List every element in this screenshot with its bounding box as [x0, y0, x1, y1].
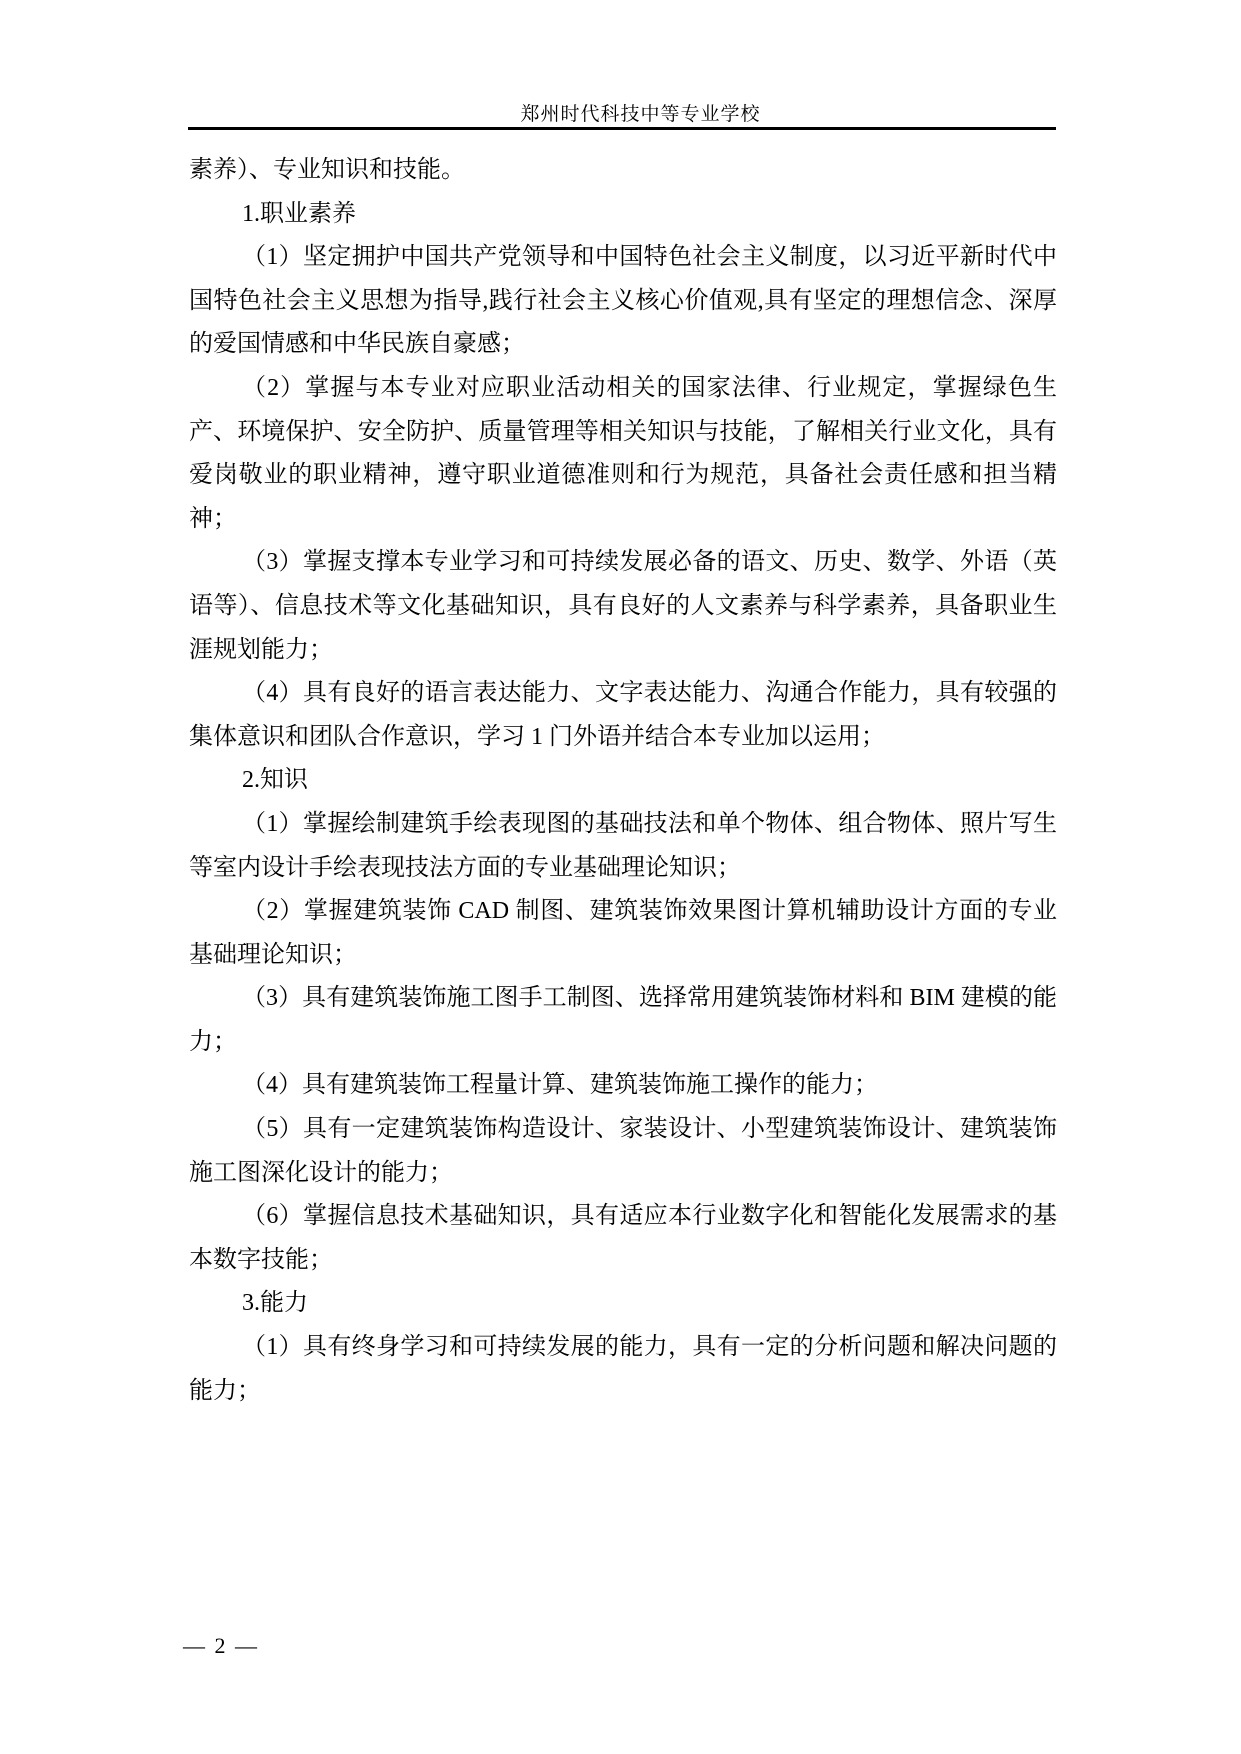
header-divider-rule [188, 127, 1056, 130]
document-body: 素养）、专业知识和技能。 1.职业素养 （1）坚定拥护中国共产党领导和中国特色社… [189, 149, 1057, 1413]
knowledge-item-6: （6）掌握信息技术基础知识，具有适应本行业数字化和智能化发展需求的基本数字技能； [189, 1195, 1057, 1282]
section-heading-knowledge: 2.知识 [189, 759, 1057, 803]
knowledge-item-3: （3）具有建筑装饰施工图手工制图、选择常用建筑装饰材料和 BIM 建模的能力； [189, 977, 1057, 1064]
document-page: 郑州时代科技中等专业学校 素养）、专业知识和技能。 1.职业素养 （1）坚定拥护… [0, 0, 1241, 1754]
page-header-school-name: 郑州时代科技中等专业学校 [20, 99, 1241, 126]
page-number: — 2 — [183, 1633, 259, 1659]
section-heading-vocational-quality: 1.职业素养 [189, 193, 1057, 237]
knowledge-item-1: （1）掌握绘制建筑手绘表现图的基础技法和单个物体、组合物体、照片写生等室内设计手… [189, 803, 1057, 890]
knowledge-item-5: （5）具有一定建筑装饰构造设计、家装设计、小型建筑装饰设计、建筑装饰施工图深化设… [189, 1108, 1057, 1195]
section-heading-ability: 3.能力 [189, 1282, 1057, 1326]
vocational-quality-item-4: （4）具有良好的语言表达能力、文字表达能力、沟通合作能力，具有较强的集体意识和团… [189, 672, 1057, 759]
vocational-quality-item-1: （1）坚定拥护中国共产党领导和中国特色社会主义制度，以习近平新时代中国特色社会主… [189, 236, 1057, 367]
knowledge-item-2: （2）掌握建筑装饰 CAD 制图、建筑装饰效果图计算机辅助设计方面的专业基础理论… [189, 890, 1057, 977]
continued-paragraph: 素养）、专业知识和技能。 [189, 149, 1057, 193]
ability-item-1: （1）具有终身学习和可持续发展的能力，具有一定的分析问题和解决问题的能力； [189, 1326, 1057, 1413]
vocational-quality-item-2: （2）掌握与本专业对应职业活动相关的国家法律、行业规定，掌握绿色生产、环境保护、… [189, 367, 1057, 541]
knowledge-item-4: （4）具有建筑装饰工程量计算、建筑装饰施工操作的能力； [189, 1064, 1057, 1108]
vocational-quality-item-3: （3）掌握支撑本专业学习和可持续发展必备的语文、历史、数学、外语（英语等）、信息… [189, 541, 1057, 672]
